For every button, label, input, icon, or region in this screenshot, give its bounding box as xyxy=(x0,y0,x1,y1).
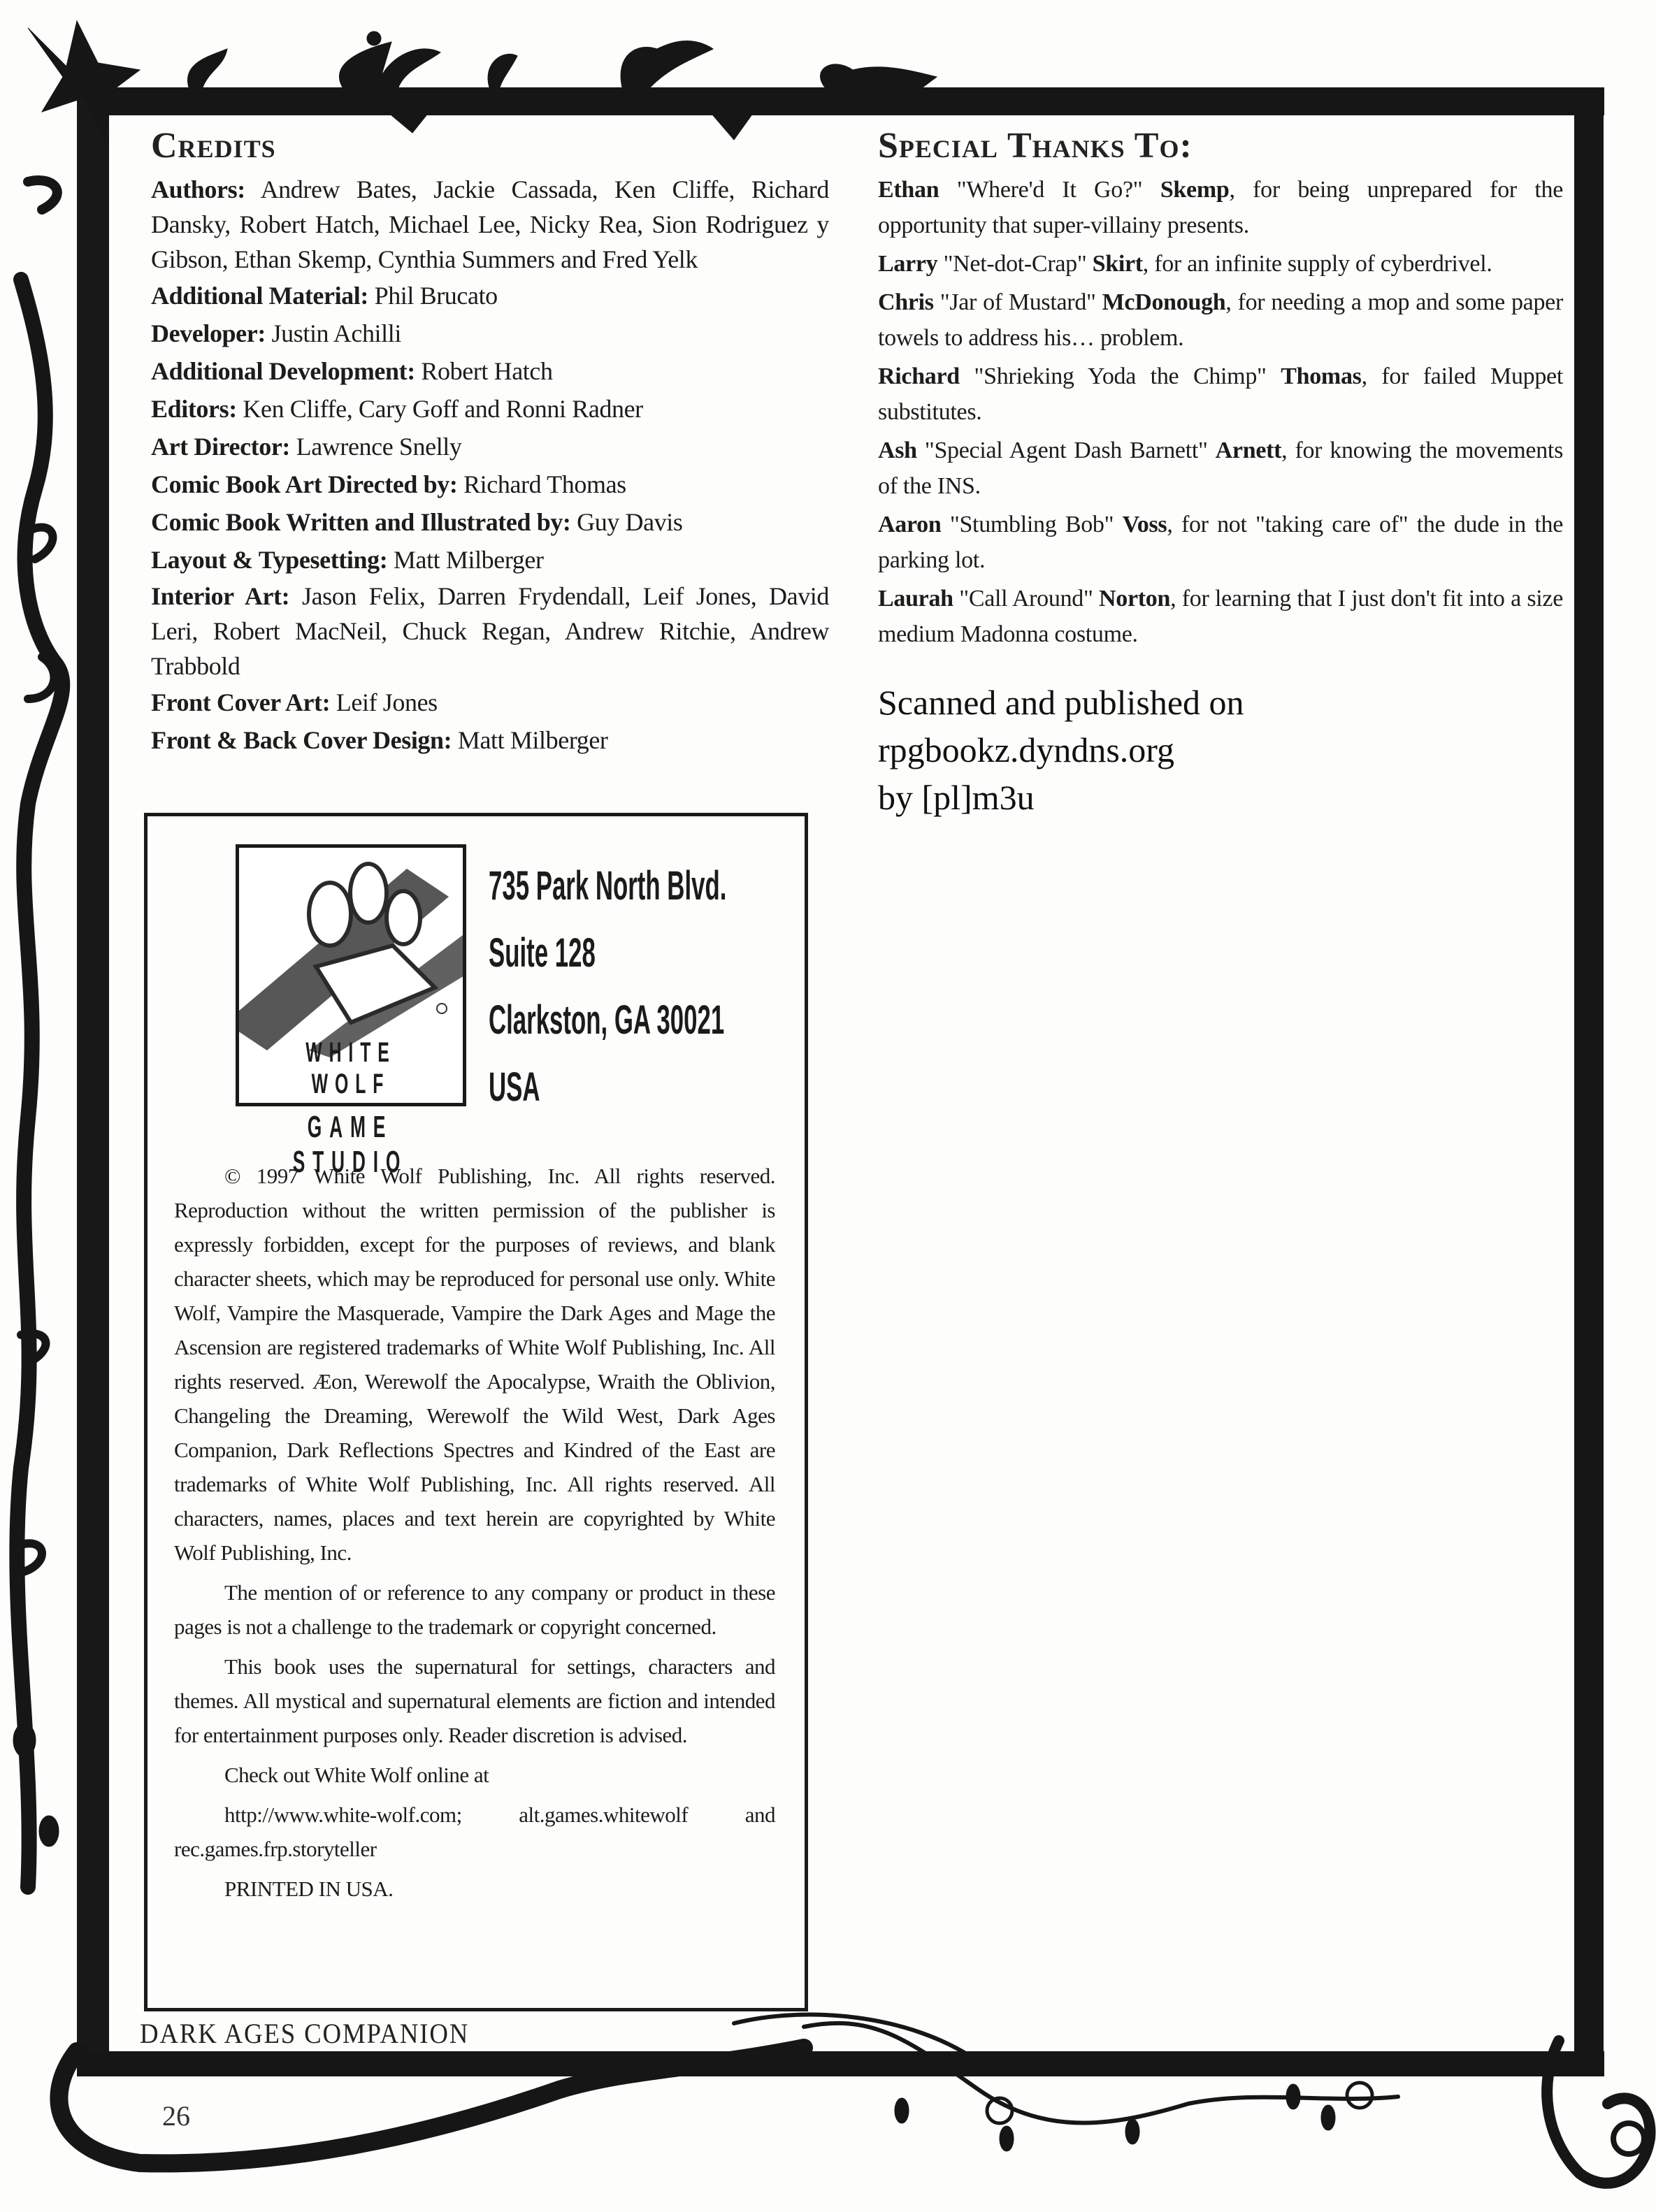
credit-line-editors: Editors: Ken Cliffe, Cary Goff and Ronni… xyxy=(151,390,829,428)
supernatural-disclaimer-paragraph: This book uses the supernatural for sett… xyxy=(174,1649,775,1752)
copyright-paragraph: © 1997 White Wolf Publishing, Inc. All r… xyxy=(174,1159,775,1570)
thanks-entry: Larry "Net-dot-Crap" Skirt, for an infin… xyxy=(878,246,1563,282)
scan-note-line: by [pl]m3u xyxy=(878,774,1563,821)
credit-line-comic-art-director: Comic Book Art Directed by: Richard Thom… xyxy=(151,465,829,503)
credit-line-comic-writer: Comic Book Written and Illustrated by: G… xyxy=(151,503,829,541)
online-intro: Check out White Wolf online at xyxy=(174,1758,775,1792)
thanks-entry: Ethan "Where'd It Go?" Skemp, for being … xyxy=(878,172,1563,243)
credit-line-additional-material: Additional Material: Phil Brucato xyxy=(151,277,829,315)
online-links: http://www.white-wolf.com; alt.games.whi… xyxy=(174,1798,775,1866)
trademark-disclaimer-paragraph: The mention of or reference to any compa… xyxy=(174,1575,775,1644)
page-number: 26 xyxy=(162,2099,190,2132)
address-line-suite: Suite 128 xyxy=(489,920,726,987)
publisher-info-box: WHITE WOLF GAME STUDIO 735 Park North Bl… xyxy=(144,813,808,2011)
credit-line-art-director: Art Director: Lawrence Snelly xyxy=(151,428,829,465)
address-line-city: Clarkston, GA 30021 xyxy=(489,987,726,1054)
credit-line-authors: Authors: Andrew Bates, Jackie Cassada, K… xyxy=(151,172,829,277)
credit-line-additional-development: Additional Development: Robert Hatch xyxy=(151,352,829,390)
publisher-address: 735 Park North Blvd. Suite 128 Clarkston… xyxy=(489,853,885,1121)
thanks-entry: Aaron "Stumbling Bob" Voss, for not "tak… xyxy=(878,507,1563,578)
running-footer-title: DARK AGES COMPANION xyxy=(140,2017,469,2050)
thanks-entry: Chris "Jar of Mustard" McDonough, for ne… xyxy=(878,284,1563,356)
address-line-street: 735 Park North Blvd. xyxy=(489,853,726,920)
white-wolf-logo: WHITE WOLF xyxy=(236,844,466,1106)
printed-in: PRINTED IN USA. xyxy=(174,1872,775,1906)
special-thanks-section: Special Thanks To: Ethan "Where'd It Go?… xyxy=(878,124,1563,821)
thanks-entry: Ash "Special Agent Dash Barnett" Arnett,… xyxy=(878,433,1563,504)
credit-line-front-cover-art: Front Cover Art: Leif Jones xyxy=(151,684,829,721)
wolf-paw-logo-icon xyxy=(236,848,466,1057)
credit-line-interior-art: Interior Art: Jason Felix, Darren Fryden… xyxy=(151,579,829,684)
thanks-entry: Richard "Shrieking Yoda the Chimp" Thoma… xyxy=(878,359,1563,430)
thanks-entry: Laurah "Call Around" Norton, for learnin… xyxy=(878,581,1563,652)
credits-section: Credits Authors: Andrew Bates, Jackie Ca… xyxy=(151,124,829,759)
scan-note-link[interactable]: rpgbookz.dyndns.org xyxy=(878,726,1563,774)
credits-heading: Credits xyxy=(151,124,829,168)
legal-notice: © 1997 White Wolf Publishing, Inc. All r… xyxy=(174,1159,775,1906)
special-thanks-heading: Special Thanks To: xyxy=(878,124,1563,168)
scan-note-line: Scanned and published on xyxy=(878,679,1563,726)
credit-line-developer: Developer: Justin Achilli xyxy=(151,315,829,352)
credit-line-cover-design: Front & Back Cover Design: Matt Milberge… xyxy=(151,721,829,759)
credit-line-layout: Layout & Typesetting: Matt Milberger xyxy=(151,541,829,579)
logo-wordmark: WHITE WOLF xyxy=(282,1037,420,1100)
address-line-country: USA xyxy=(489,1054,726,1121)
scan-note: Scanned and published on rpgbookz.dyndns… xyxy=(878,679,1563,821)
